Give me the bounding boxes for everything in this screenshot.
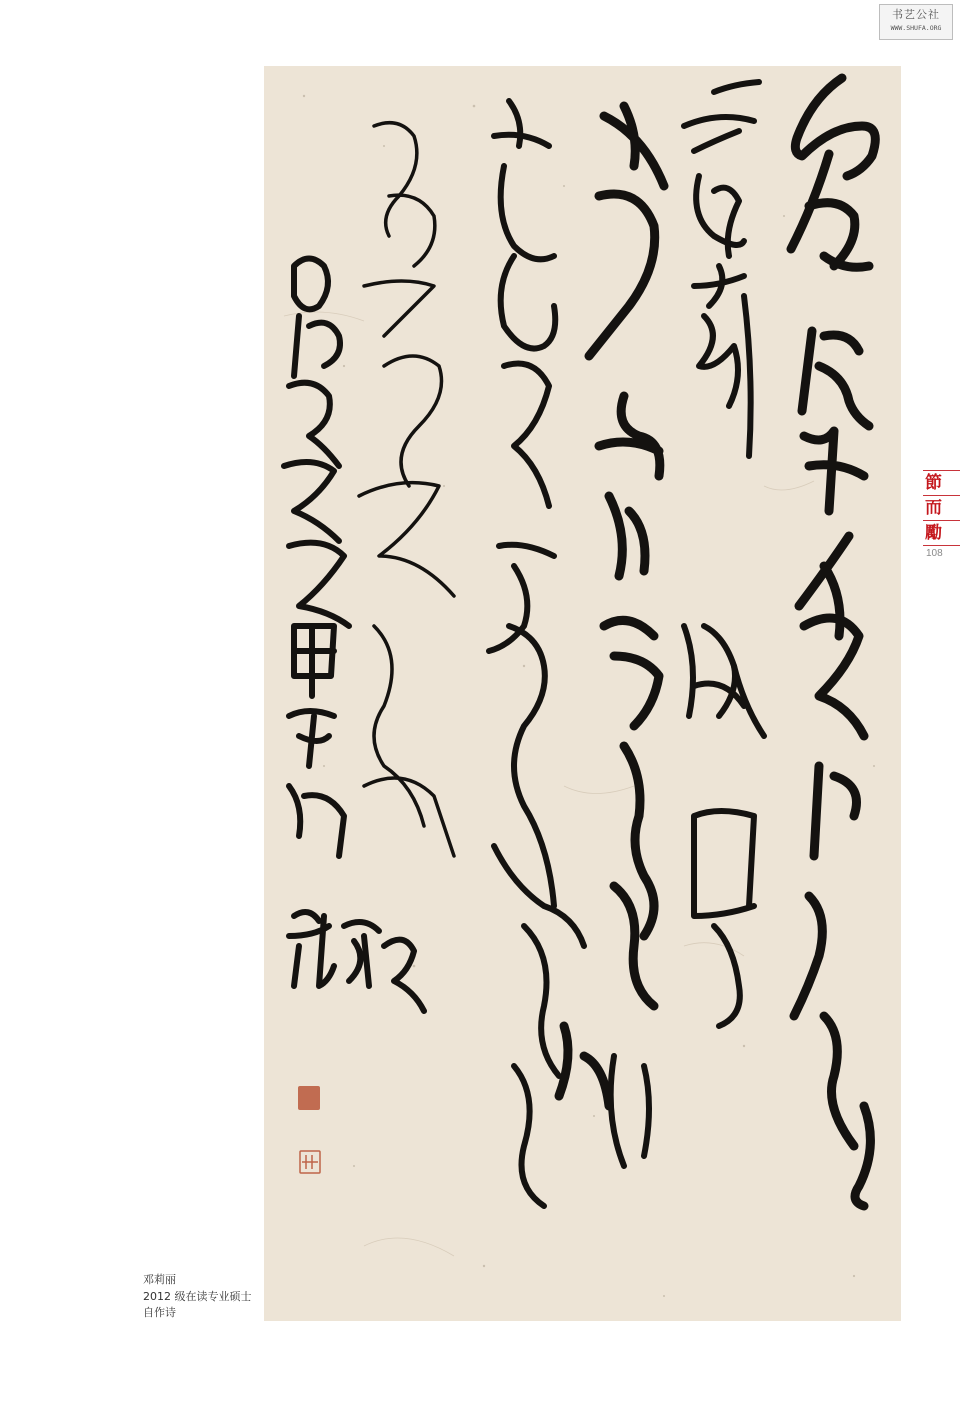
calligraphy-strokes [264, 66, 901, 1321]
seal-marks [298, 1086, 320, 1173]
site-watermark: 书艺公社 WWW.SHUFA.ORG [879, 4, 953, 40]
caption-work-title: 自作诗 [143, 1305, 252, 1322]
section-char: 而 [921, 496, 960, 520]
calligraphy-artwork [264, 66, 901, 1321]
caption-program: 2012 级在读专业硕士 [143, 1289, 252, 1306]
section-char: 節 [921, 471, 960, 495]
caption-author: 邓莉丽 [143, 1272, 252, 1289]
page-number: 108 [921, 547, 960, 561]
section-divider [923, 545, 960, 546]
watermark-url: WWW.SHUFA.ORG [880, 23, 952, 33]
section-char: 勵 [921, 521, 960, 545]
artwork-caption: 邓莉丽 2012 级在读专业硕士 自作诗 [143, 1272, 252, 1322]
section-tab: 節 而 勵 108 [921, 470, 960, 561]
watermark-title: 书艺公社 [880, 7, 952, 23]
